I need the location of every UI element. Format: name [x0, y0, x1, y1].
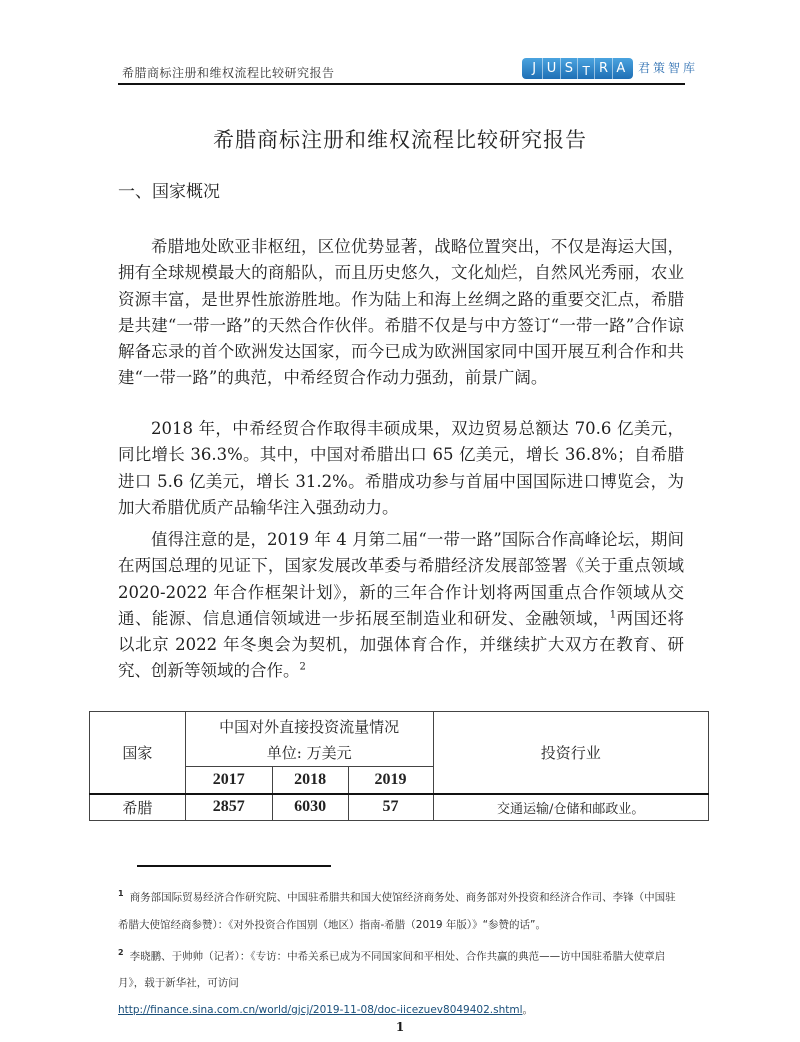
footnote-ref-2[interactable]: 2: [300, 662, 306, 673]
cell-country: 希腊: [90, 794, 186, 821]
footnote-mark: 1: [118, 889, 124, 898]
footnote-text: 李晓鹏、于帅帅（记者）：《专访：中希关系已成为不同国家间和平相处、合作共赢的典范…: [118, 950, 665, 989]
footnotes: 1商务部国际贸易经济合作研究院、中国驻希腊共和国大使馆经济商务处、商务部对外投资…: [118, 880, 684, 1024]
footnote-2: 2李晓鹏、于帅帅（记者）：《专访：中希关系已成为不同国家间和平相处、合作共赢的典…: [118, 939, 684, 1025]
logo-chinese-name: 君策智库: [638, 59, 698, 76]
footnote-mark: 2: [118, 948, 124, 957]
footnote-link-suffix: 。: [523, 1004, 534, 1016]
header-unit: 单位: 万美元: [186, 740, 433, 766]
logo-letter: S: [561, 58, 578, 79]
footnote-1: 1商务部国际贸易经济合作研究院、中国驻希腊共和国大使馆经济商务处、商务部对外投资…: [118, 880, 684, 939]
cell-industry: 交通运输/仓储和邮政业。: [433, 794, 709, 821]
paragraph-2: 2018 年，中希经贸合作取得丰硕成果，双边贸易总额达 70.6 亿美元，同比增…: [118, 416, 684, 521]
logo-letter: A: [613, 58, 629, 79]
paragraph-text: 2018 年，中希经贸合作取得丰硕成果，双边贸易总额达 70.6 亿美元，同比增…: [118, 416, 684, 521]
header-investment-title: 中国对外直接投资流量情况: [186, 714, 433, 740]
header-country: 国家: [90, 712, 186, 794]
header-industry: 投资行业: [433, 712, 709, 794]
cell-value: 2857: [185, 794, 272, 821]
footnote-text: 商务部国际贸易经济合作研究院、中国驻希腊共和国大使馆经济商务处、商务部对外投资和…: [118, 892, 676, 931]
header-year: 2017: [185, 767, 272, 794]
footnote-separator: [137, 865, 331, 867]
header-investment-flow: 中国对外直接投资流量情况 单位: 万美元: [185, 712, 433, 767]
section-heading: 一、国家概况: [118, 177, 220, 202]
header-year: 2018: [272, 767, 348, 794]
logo-letter: R: [595, 58, 612, 79]
page-number: 1: [0, 1020, 800, 1034]
logo-letter: U: [543, 58, 560, 79]
paragraph-text-part: 值得注意的是，2019 年 4 月第二届“一带一路”国际合作高峰论坛，期间在两国…: [118, 530, 684, 628]
paragraph-text: 值得注意的是，2019 年 4 月第二届“一带一路”国际合作高峰论坛，期间在两国…: [118, 527, 684, 685]
header-year: 2019: [348, 767, 433, 794]
footnote-link[interactable]: http://finance.sina.com.cn/world/gjcj/20…: [118, 1004, 523, 1016]
paragraph-text: 希腊地处欧亚非枢纽，区位优势显著，战略位置突出，不仅是海运大国，拥有全球规模最大…: [118, 234, 684, 392]
header-divider: [118, 83, 685, 85]
cell-value: 57: [348, 794, 433, 821]
cell-value: 6030: [272, 794, 348, 821]
running-header-title: 希腊商标注册和维权流程比较研究报告: [122, 64, 335, 81]
document-title: 希腊商标注册和维权流程比较研究报告: [0, 124, 800, 154]
logo-letter: T: [578, 55, 595, 82]
table-header-row: 国家 中国对外直接投资流量情况 单位: 万美元 投资行业: [90, 712, 709, 767]
table-row: 希腊 2857 6030 57 交通运输/仓储和邮政业。: [90, 794, 709, 821]
justra-logo: J U S T R A: [522, 58, 633, 79]
investment-table: 国家 中国对外直接投资流量情况 单位: 万美元 投资行业 2017 2018 2…: [89, 711, 709, 821]
paragraph-1: 希腊地处欧亚非枢纽，区位优势显著，战略位置突出，不仅是海运大国，拥有全球规模最大…: [118, 234, 684, 392]
paragraph-3: 值得注意的是，2019 年 4 月第二届“一带一路”国际合作高峰论坛，期间在两国…: [118, 527, 684, 685]
logo-letter: J: [526, 58, 543, 79]
